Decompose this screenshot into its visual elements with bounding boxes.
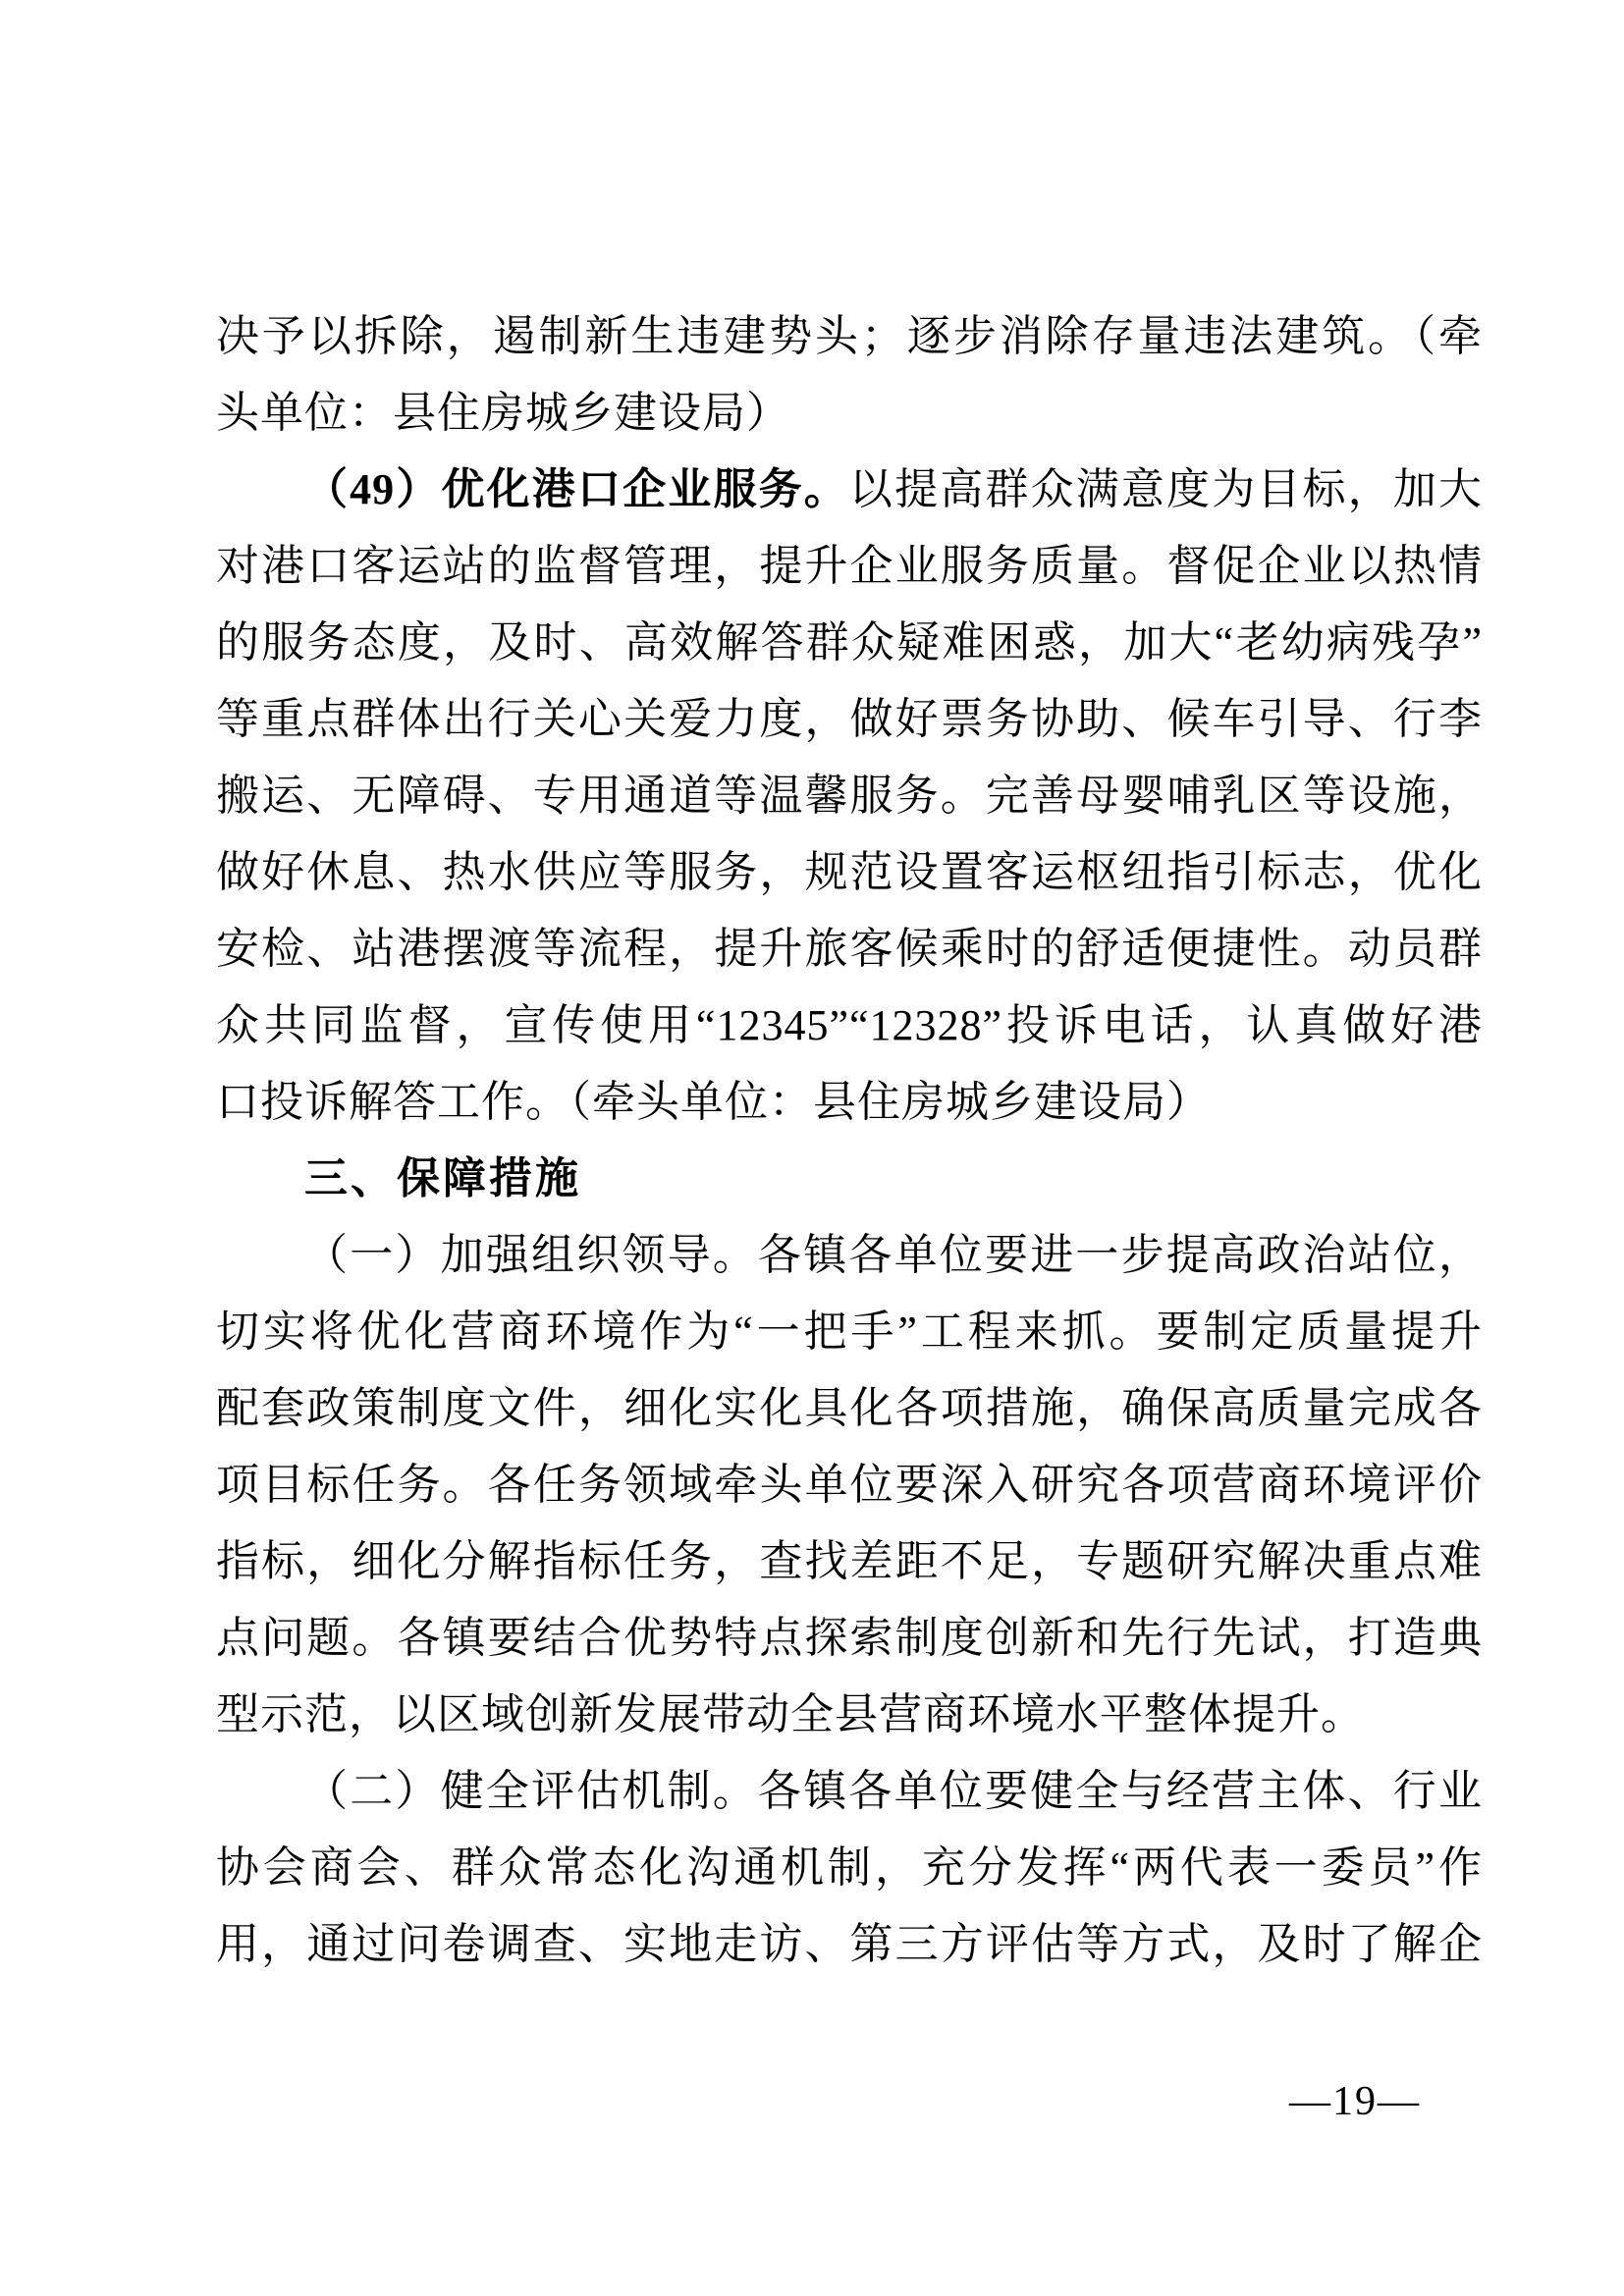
text-run: （二）健全评估机制。各镇各单位要健全与经营主体、行业	[304, 1767, 1483, 1815]
text-line: 搬运、无障碍、专用通道等温馨服务。完善母婴哺乳区等设施，	[216, 758, 1483, 834]
text-run: 安检、站港摆渡等流程，提升旅客候乘时的舒适便捷性。动员群	[216, 925, 1483, 973]
text-line: 切实将优化营商环境作为“一把手”工程来抓。要制定质量提升	[216, 1294, 1483, 1370]
text-run: 切实将优化营商环境作为“一把手”工程来抓。要制定质量提升	[216, 1308, 1483, 1356]
text-run: 项目标任务。各任务领域牵头单位要深入研究各项营商环境评价	[216, 1461, 1483, 1509]
text-line: （49）优化港口企业服务。以提高群众满意度为目标，加大	[216, 452, 1483, 528]
text-line: 安检、站港摆渡等流程，提升旅客候乘时的舒适便捷性。动员群	[216, 911, 1483, 988]
text-line: 项目标任务。各任务领域牵头单位要深入研究各项营商环境评价	[216, 1447, 1483, 1523]
document-body: 决予以拆除，遏制新生违建势头；逐步消除存量违法建筑。（牵头单位：县住房城乡建设局…	[216, 298, 1483, 1983]
text-run: 指标，细化分解指标任务，查找差距不足，专题研究解决重点难	[216, 1537, 1483, 1585]
text-run: 协会商会、群众常态化沟通机制，充分发挥“两代表一委员”作	[216, 1843, 1483, 1892]
bold-run: （49）优化港口企业服务。	[304, 465, 849, 513]
text-line: 做好休息、热水供应等服务，规范设置客运枢纽指引标志，优化	[216, 834, 1483, 911]
text-run: 搬运、无障碍、专用通道等温馨服务。完善母婴哺乳区等设施，	[216, 772, 1483, 820]
heading-text: 三、保障措施	[304, 1154, 581, 1202]
text-run: 头单位：县住房城乡建设局）	[216, 389, 790, 437]
text-run: 的服务态度，及时、高效解答群众疑难困惑，加大“老幼病残孕”	[216, 618, 1483, 667]
document-page: 决予以拆除，遏制新生违建势头；逐步消除存量违法建筑。（牵头单位：县住房城乡建设局…	[0, 0, 1624, 2296]
text-line: （二）健全评估机制。各镇各单位要健全与经营主体、行业	[216, 1753, 1483, 1830]
text-line: 众共同监督，宣传使用“12345”“12328”投诉电话，认真做好港	[216, 988, 1483, 1064]
text-line: 的服务态度，及时、高效解答群众疑难困惑，加大“老幼病残孕”	[216, 605, 1483, 681]
text-run: 口投诉解答工作。（牵头单位：县住房城乡建设局）	[216, 1078, 1211, 1126]
text-run: 做好休息、热水供应等服务，规范设置客运枢纽指引标志，优化	[216, 848, 1483, 896]
text-run: 众共同监督，宣传使用“12345”“12328”投诉电话，认真做好港	[216, 1001, 1483, 1049]
text-run: 用，通过问卷调查、实地走访、第三方评估等方式，及时了解企	[216, 1920, 1483, 1968]
text-run: 点问题。各镇要结合优势特点探索制度创新和先行先试，打造典	[216, 1614, 1483, 1662]
text-line: 型示范，以区域创新发展带动全县营商环境水平整体提升。	[216, 1677, 1483, 1753]
text-run: 决予以拆除，遏制新生违建势头；逐步消除存量违法建筑。（牵	[216, 312, 1483, 360]
text-line: 用，通过问卷调查、实地走访、第三方评估等方式，及时了解企	[216, 1906, 1483, 1983]
text-line: 等重点群体出行关心关爱力度，做好票务协助、候车引导、行李	[216, 681, 1483, 758]
text-line: 决予以拆除，遏制新生违建势头；逐步消除存量违法建筑。（牵	[216, 298, 1483, 375]
page-number: —19—	[1289, 2079, 1421, 2124]
text-line: 指标，细化分解指标任务，查找差距不足，专题研究解决重点难	[216, 1523, 1483, 1600]
text-run: 对港口客运站的监督管理，提升企业服务质量。督促企业以热情	[216, 542, 1483, 590]
text-line: 头单位：县住房城乡建设局）	[216, 375, 1483, 452]
text-line: 配套政策制度文件，细化实化具化各项措施，确保高质量完成各	[216, 1370, 1483, 1447]
text-line: 对港口客运站的监督管理，提升企业服务质量。督促企业以热情	[216, 528, 1483, 605]
section-heading: 三、保障措施	[216, 1141, 1483, 1217]
text-run: 配套政策制度文件，细化实化具化各项措施，确保高质量完成各	[216, 1384, 1483, 1432]
text-run: 型示范，以区域创新发展带动全县营商环境水平整体提升。	[216, 1690, 1365, 1738]
text-line: 协会商会、群众常态化沟通机制，充分发挥“两代表一委员”作	[216, 1830, 1483, 1906]
text-run: 以提高群众满意度为目标，加大	[849, 465, 1483, 513]
text-line: 点问题。各镇要结合优势特点探索制度创新和先行先试，打造典	[216, 1600, 1483, 1677]
text-line: 口投诉解答工作。（牵头单位：县住房城乡建设局）	[216, 1064, 1483, 1141]
text-line: （一）加强组织领导。各镇各单位要进一步提高政治站位，	[216, 1217, 1483, 1294]
text-run: （一）加强组织领导。各镇各单位要进一步提高政治站位，	[304, 1231, 1483, 1279]
text-run: 等重点群体出行关心关爱力度，做好票务协助、候车引导、行李	[216, 695, 1483, 743]
